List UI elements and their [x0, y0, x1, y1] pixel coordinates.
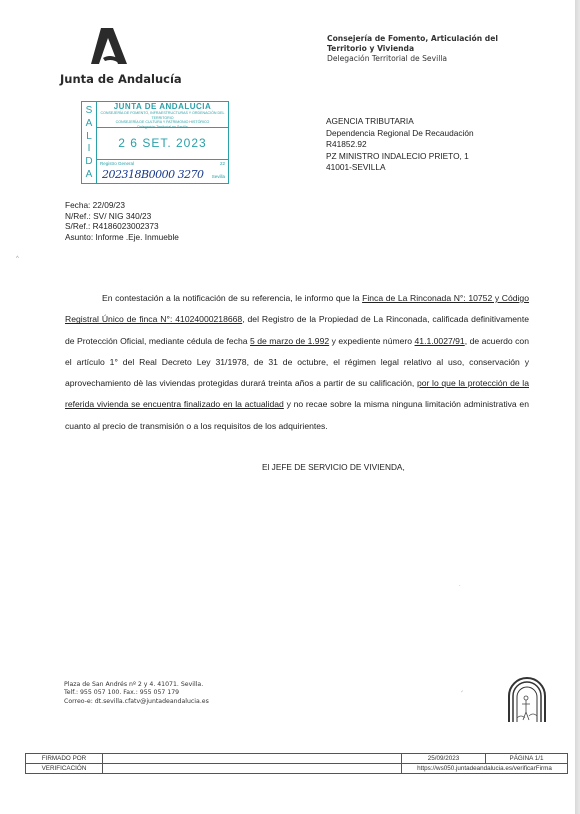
delegacion-line: Delegación Territorial de Sevilla	[327, 54, 498, 64]
stamp-handwritten-number: 202318B0000 3270	[102, 168, 204, 181]
signature-date: 25/09/2023	[402, 754, 486, 764]
firmado-por-label: FIRMADO POR	[26, 754, 103, 764]
scan-speck: ·	[459, 583, 461, 589]
expediente-number: 41.1.0027/91	[415, 336, 465, 346]
consejeria-heading: Consejería de Fomento, Articulación del …	[327, 34, 498, 64]
signature-line: El JEFE DE SERVICIO DE VIVIENDA,	[262, 462, 405, 472]
margin-mark: ^	[16, 256, 19, 262]
scan-speck: ᐟ	[461, 690, 463, 696]
asunto: Asunto: Informe .Eje. Inmueble	[65, 232, 179, 243]
page-edge-shadow	[575, 0, 580, 814]
footer-address: Plaza de San Andrés nº 2 y 4. 41071. Sev…	[64, 681, 209, 706]
verificacion-url[interactable]: https://ws050.juntadeandalucia.es/verifi…	[402, 764, 568, 774]
junta-a-icon	[87, 28, 135, 68]
signature-verification-table: FIRMADO POR 25/09/2023 PÁGINA 1/1 VERIFI…	[25, 753, 568, 774]
reference-block: Fecha: 22/09/23 N/Ref.: SV/ NIG 340/23 S…	[65, 200, 179, 242]
stamp-header: JUNTA DE ANDALUCIA CONSEJERÍA DE FOMENTO…	[97, 102, 228, 128]
stamp-registro-label: Registro General	[100, 161, 134, 166]
verificacion-code	[103, 764, 402, 774]
verificacion-label: VERIFICACIÓN	[26, 764, 103, 774]
page-indicator: PÁGINA 1/1	[486, 754, 568, 764]
stamp-title: JUNTA DE ANDALUCIA	[97, 102, 228, 111]
salida-stamp: S A L I D A JUNTA DE ANDALUCIA CONSEJERÍ…	[81, 101, 229, 184]
consejeria-line2: Territorio y Vivienda	[327, 44, 498, 54]
stamp-side-letters: S A L I D A	[82, 102, 97, 183]
consejeria-line1: Consejería de Fomento, Articulación del	[327, 34, 498, 44]
s-ref: S/Ref.: R4186023002373	[65, 221, 179, 232]
stamp-date: 2 6 SET. 2023	[97, 127, 228, 160]
andalucia-crest-icon	[505, 676, 549, 729]
fecha: Fecha: 22/09/23	[65, 200, 179, 211]
n-ref: N/Ref.: SV/ NIG 340/23	[65, 211, 179, 222]
firmado-por-value	[103, 754, 402, 764]
body-paragraph: En contestación a la notificación de su …	[65, 288, 529, 437]
cedula-date: 5 de marzo de 1.992	[250, 336, 329, 346]
junta-logo: Junta de Andalucía	[60, 28, 180, 88]
logo-text: Junta de Andalucía	[60, 72, 182, 86]
recipient-address: AGENCIA TRIBUTARIA Dependencia Regional …	[326, 116, 474, 174]
